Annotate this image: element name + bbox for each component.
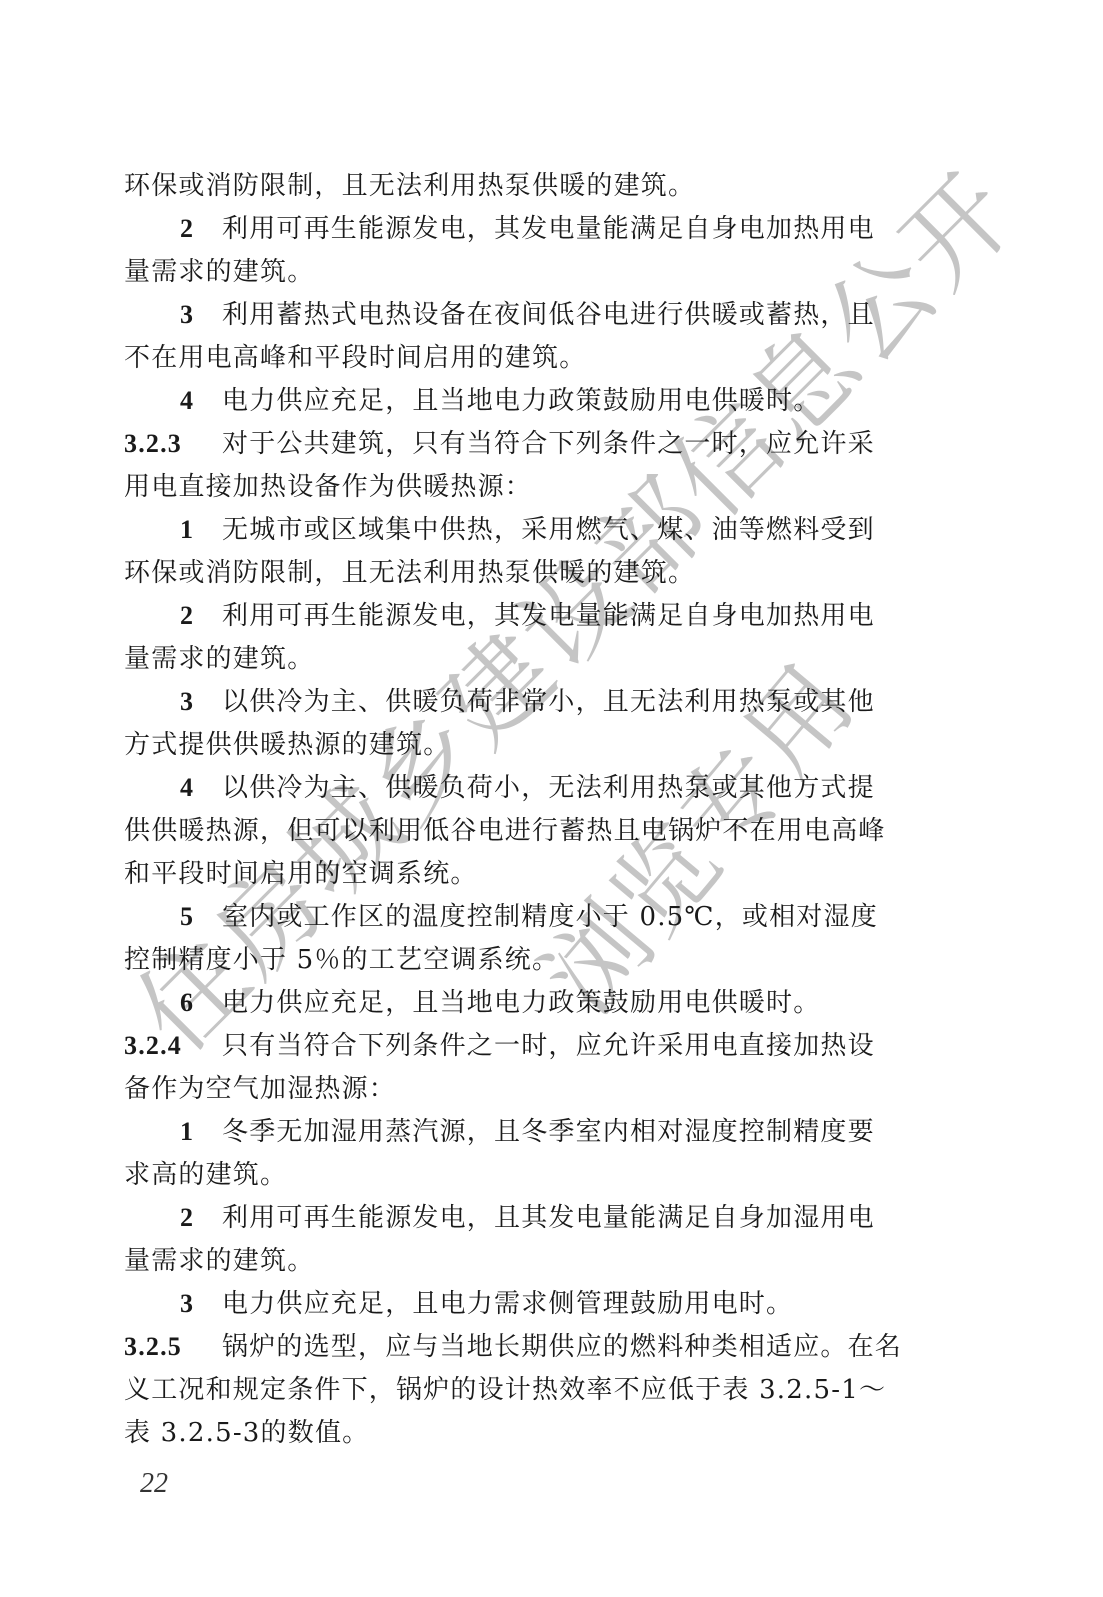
list-item: 5室内或工作区的温度控制精度小于 0.5℃，或相对湿度 — [180, 895, 878, 939]
item-number: 2 — [180, 207, 222, 251]
paragraph-line: 方式提供供暖热源的建筑。 — [124, 723, 450, 767]
clause-heading: 3.2.4只有当符合下列条件之一时，应允许采用电直接加热设 — [124, 1024, 875, 1068]
line-text: 求高的建筑。 — [124, 1160, 287, 1190]
clause-number: 3.2.5 — [124, 1325, 222, 1369]
line-text: 以供冷为主、供暖负荷小，无法利用热泵或其他方式提 — [222, 773, 875, 803]
line-text: 供供暖热源，但可以利用低谷电进行蓄热且电锅炉不在用电高峰 — [124, 816, 886, 846]
line-text: 利用蓄热式电热设备在夜间低谷电进行供暖或蓄热，且 — [222, 300, 875, 330]
item-number: 2 — [180, 594, 222, 638]
paragraph-line: 控制精度小于 5％的工艺空调系统。 — [124, 938, 559, 982]
list-item: 4以供冷为主、供暖负荷小，无法利用热泵或其他方式提 — [180, 766, 875, 810]
item-number: 5 — [180, 895, 222, 939]
line-text: 环保或消防限制，且无法利用热泵供暖的建筑。 — [124, 558, 695, 588]
line-text: 备作为空气加湿热源： — [124, 1074, 396, 1104]
paragraph-line: 备作为空气加湿热源： — [124, 1067, 396, 1111]
item-number: 2 — [180, 1196, 222, 1240]
line-text: 表 3.2.5-3的数值。 — [124, 1418, 369, 1448]
paragraph-line: 环保或消防限制，且无法利用热泵供暖的建筑。 — [124, 551, 695, 595]
paragraph-line: 量需求的建筑。 — [124, 1239, 314, 1283]
item-number: 1 — [180, 508, 222, 552]
item-number: 1 — [180, 1110, 222, 1154]
item-number: 3 — [180, 680, 222, 724]
list-item: 2利用可再生能源发电，且其发电量能满足自身加湿用电 — [180, 1196, 875, 1240]
clause-heading: 3.2.3对于公共建筑，只有当符合下列条件之一时，应允许采 — [124, 422, 875, 466]
line-text: 量需求的建筑。 — [124, 257, 314, 287]
list-item: 2利用可再生能源发电，其发电量能满足自身电加热用电 — [180, 594, 875, 638]
paragraph-line: 供供暖热源，但可以利用低谷电进行蓄热且电锅炉不在用电高峰 — [124, 809, 886, 853]
list-item: 4电力供应充足，且当地电力政策鼓励用电供暖时。 — [180, 379, 820, 423]
list-item: 1冬季无加湿用蒸汽源，且冬季室内相对湿度控制精度要 — [180, 1110, 875, 1154]
paragraph-line: 用电直接加热设备作为供暖热源： — [124, 465, 532, 509]
line-text: 用电直接加热设备作为供暖热源： — [124, 472, 532, 502]
line-text: 以供冷为主、供暖负荷非常小，且无法利用热泵或其他 — [222, 687, 875, 717]
item-number: 3 — [180, 1282, 222, 1326]
line-text: 控制精度小于 5％的工艺空调系统。 — [124, 945, 559, 975]
line-text: 方式提供供暖热源的建筑。 — [124, 730, 450, 760]
line-text: 利用可再生能源发电，其发电量能满足自身电加热用电 — [222, 601, 875, 631]
list-item: 2利用可再生能源发电，其发电量能满足自身电加热用电 — [180, 207, 875, 251]
paragraph-line: 量需求的建筑。 — [124, 250, 314, 294]
paragraph-line: 不在用电高峰和平段时间启用的建筑。 — [124, 336, 586, 380]
clause-heading: 3.2.5锅炉的选型，应与当地长期供应的燃料种类相适应。在名 — [124, 1325, 902, 1369]
item-number: 4 — [180, 766, 222, 810]
line-text: 电力供应充足，且当地电力政策鼓励用电供暖时。 — [222, 386, 820, 416]
line-text: 冬季无加湿用蒸汽源，且冬季室内相对湿度控制精度要 — [222, 1117, 875, 1147]
page-number: 22 — [140, 1468, 168, 1500]
line-text: 只有当符合下列条件之一时，应允许采用电直接加热设 — [222, 1031, 875, 1061]
line-text: 利用可再生能源发电，且其发电量能满足自身加湿用电 — [222, 1203, 875, 1233]
clause-number: 3.2.4 — [124, 1024, 222, 1068]
line-text: 对于公共建筑，只有当符合下列条件之一时，应允许采 — [222, 429, 875, 459]
list-item: 3利用蓄热式电热设备在夜间低谷电进行供暖或蓄热，且 — [180, 293, 875, 337]
list-item: 3以供冷为主、供暖负荷非常小，且无法利用热泵或其他 — [180, 680, 875, 724]
paragraph-line: 义工况和规定条件下，锅炉的设计热效率不应低于表 3.2.5-1～ — [124, 1368, 886, 1412]
line-text: 电力供应充足，且电力需求侧管理鼓励用电时。 — [222, 1289, 793, 1319]
line-text: 锅炉的选型，应与当地长期供应的燃料种类相适应。在名 — [222, 1332, 902, 1362]
line-text: 无城市或区域集中供热，采用燃气、煤、油等燃料受到 — [222, 515, 875, 545]
line-text: 室内或工作区的温度控制精度小于 0.5℃，或相对湿度 — [222, 902, 878, 932]
paragraph-line: 和平段时间启用的空调系统。 — [124, 852, 478, 896]
item-number: 3 — [180, 293, 222, 337]
line-text: 利用可再生能源发电，其发电量能满足自身电加热用电 — [222, 214, 875, 244]
paragraph-line: 环保或消防限制，且无法利用热泵供暖的建筑。 — [124, 164, 695, 208]
list-item: 3电力供应充足，且电力需求侧管理鼓励用电时。 — [180, 1282, 793, 1326]
line-text: 量需求的建筑。 — [124, 1246, 314, 1276]
paragraph-line: 求高的建筑。 — [124, 1153, 287, 1197]
item-number: 6 — [180, 981, 222, 1025]
line-text: 义工况和规定条件下，锅炉的设计热效率不应低于表 3.2.5-1～ — [124, 1375, 886, 1405]
line-text: 环保或消防限制，且无法利用热泵供暖的建筑。 — [124, 171, 695, 201]
line-text: 电力供应充足，且当地电力政策鼓励用电供暖时。 — [222, 988, 820, 1018]
list-item: 6电力供应充足，且当地电力政策鼓励用电供暖时。 — [180, 981, 820, 1025]
clause-number: 3.2.3 — [124, 422, 222, 466]
document-page: 住房城乡建设部信息公开 浏览专用 环保或消防限制，且无法利用热泵供暖的建筑。2利… — [0, 0, 1103, 1597]
paragraph-line: 表 3.2.5-3的数值。 — [124, 1411, 369, 1455]
line-text: 和平段时间启用的空调系统。 — [124, 859, 478, 889]
list-item: 1无城市或区域集中供热，采用燃气、煤、油等燃料受到 — [180, 508, 875, 552]
line-text: 量需求的建筑。 — [124, 644, 314, 674]
paragraph-line: 量需求的建筑。 — [124, 637, 314, 681]
item-number: 4 — [180, 379, 222, 423]
line-text: 不在用电高峰和平段时间启用的建筑。 — [124, 343, 586, 373]
